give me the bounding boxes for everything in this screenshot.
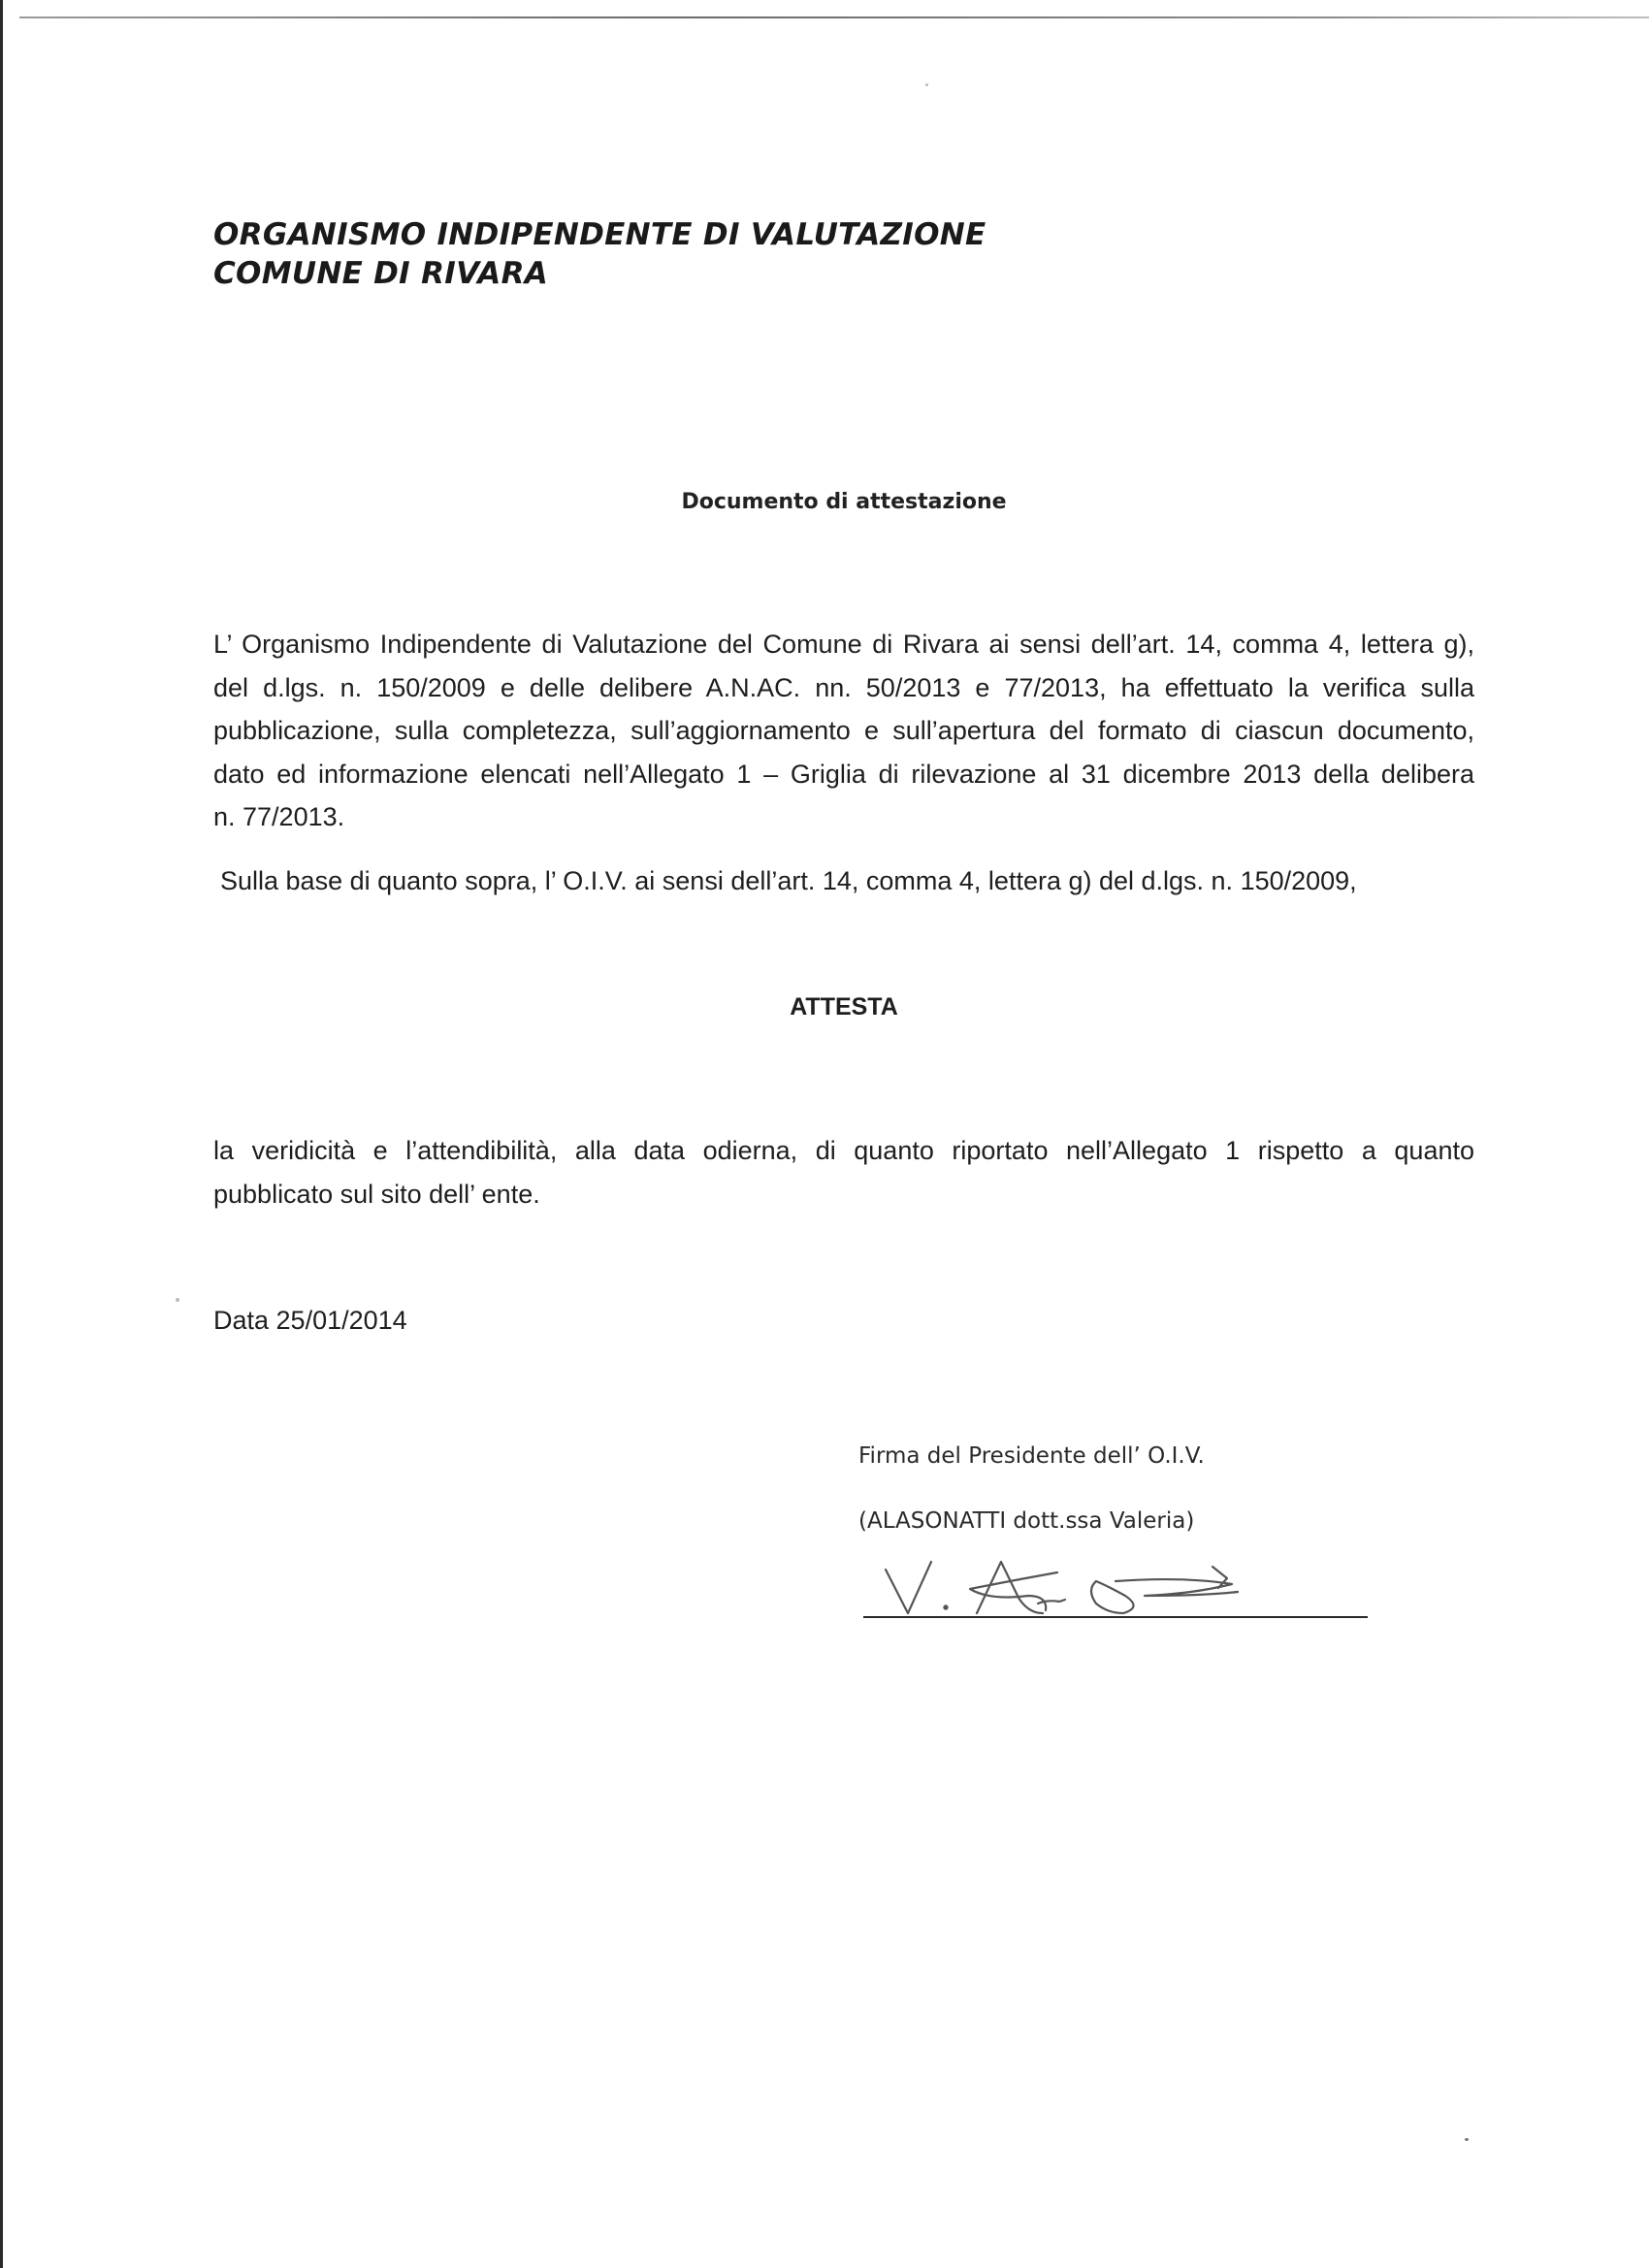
signature-label: Firma del Presidente dell’ O.I.V. xyxy=(858,1443,1205,1469)
scan-top-line xyxy=(19,16,1649,18)
organization-heading: ORGANISMO INDIPENDENTE DI VALUTAZIONE xyxy=(213,215,986,254)
signatory-name: (ALASONATTI dott.ssa Valeria) xyxy=(858,1508,1194,1534)
attestation-paragraph: la veridicità e l’attendibilità, alla da… xyxy=(213,1129,1474,1215)
paragraph-line: L’ Organismo Indipendente di Valutazione… xyxy=(213,623,1474,666)
paragraph-line: n. 77/2013. xyxy=(213,795,1474,839)
paragraph-line: pubblicazione, sulla completezza, sull’a… xyxy=(213,709,1474,753)
scan-edge xyxy=(0,0,3,2268)
document-title: Documento di attestazione xyxy=(0,490,1649,514)
verification-paragraph: L’ Organismo Indipendente di Valutazione… xyxy=(213,623,1474,839)
attesta-heading: ATTESTA xyxy=(0,993,1649,1021)
paragraph-line: pubblicato sul sito dell’ ente. xyxy=(213,1173,1474,1216)
paragraph-line: la veridicità e l’attendibilità, alla da… xyxy=(213,1129,1474,1173)
paragraph-line: Sulla base di quanto sopra, l’ O.I.V. ai… xyxy=(220,859,1481,903)
paragraph-line: dato ed informazione elencati nell’Alleg… xyxy=(213,753,1474,796)
date-line: Data 25/01/2014 xyxy=(213,1306,407,1336)
handwritten-signature-icon xyxy=(854,1557,1377,1625)
scan-speck xyxy=(176,1298,179,1302)
scan-speck xyxy=(925,83,928,86)
scan-speck xyxy=(1465,2138,1469,2141)
municipality-heading: COMUNE DI RIVARA xyxy=(213,254,548,293)
paragraph-line: del d.lgs. n. 150/2009 e delle delibere … xyxy=(213,666,1474,710)
basis-paragraph: Sulla base di quanto sopra, l’ O.I.V. ai… xyxy=(220,859,1481,903)
